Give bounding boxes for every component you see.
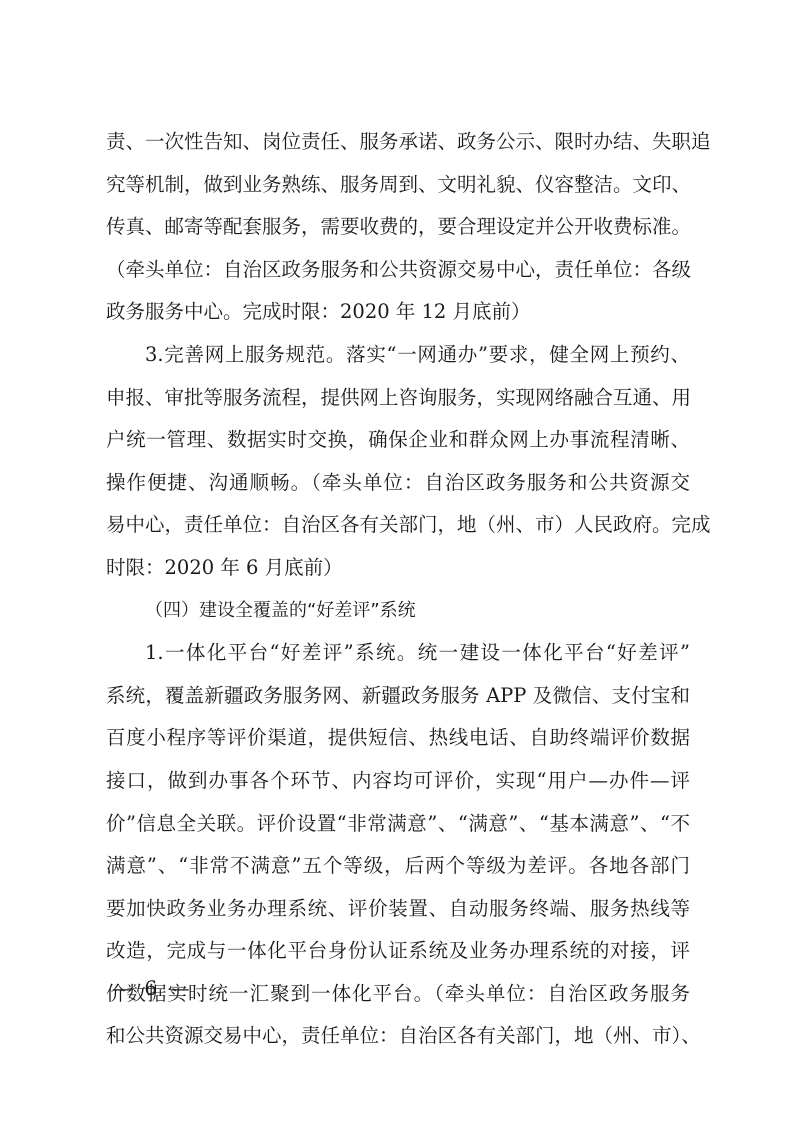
- text-line: 系统，覆盖新疆政务服务网、新疆政务服务 APP 及微信、支付宝和: [106, 675, 690, 718]
- document-page: 责、一次性告知、岗位责任、服务承诺、政务公示、限时办结、失职追 究等机制，做到业…: [0, 0, 793, 1122]
- section-heading: （四）建设全覆盖的“好差评”系统: [106, 590, 690, 633]
- text-line: （牵头单位：自治区政务服务和公共资源交易中心，责任单位：各级: [106, 249, 690, 292]
- text-line: 户统一管理、数据实时交换，确保企业和群众网上办事流程清晰、: [106, 419, 690, 462]
- text-line: 易中心，责任单位：自治区各有关部门，地（州、市）人民政府。完成: [106, 504, 690, 547]
- body-text: 责、一次性告知、岗位责任、服务承诺、政务公示、限时办结、失职追 究等机制，做到业…: [106, 121, 690, 1058]
- text-line: 究等机制，做到业务熟练、服务周到、文明礼貌、仪容整洁。文印、: [106, 164, 690, 207]
- text-line: 价”信息全关联。评价设置“非常满意”、“满意”、“基本满意”、“不: [106, 803, 690, 846]
- text-line: 操作便捷、沟通顺畅。（牵头单位：自治区政务服务和公共资源交: [106, 462, 690, 505]
- text-line: 接口，做到办事各个环节、内容均可评价，实现“用户—办件—评: [106, 760, 690, 803]
- text-line: 要加快政务业务办理系统、评价装置、自动服务终端、服务热线等: [106, 888, 690, 931]
- text-line: 改造，完成与一体化平台身份认证系统及业务办理系统的对接，评: [106, 930, 690, 973]
- text-line: 时限：2020 年 6 月底前）: [106, 547, 690, 590]
- text-line: 和公共资源交易中心，责任单位：自治区各有关部门，地（州、市）、: [106, 1015, 690, 1058]
- text-line: 满意”、“非常不满意”五个等级，后两个等级为差评。各地各部门: [106, 845, 690, 888]
- text-line: 传真、邮寄等配套服务，需要收费的，要合理设定并公开收费标准。: [106, 206, 690, 249]
- text-line: 百度小程序等评价渠道，提供短信、热线电话、自助终端评价数据: [106, 717, 690, 760]
- page-number: — 6 —: [112, 976, 189, 1000]
- text-line: 责、一次性告知、岗位责任、服务承诺、政务公示、限时办结、失职追: [106, 121, 690, 164]
- text-line: 申报、审批等服务流程，提供网上咨询服务，实现网络融合互通、用: [106, 377, 690, 420]
- text-line: 政务服务中心。完成时限：2020 年 12 月底前）: [106, 291, 690, 334]
- text-line: 1.一体化平台“好差评”系统。统一建设一体化平台“好差评”: [106, 632, 690, 675]
- text-line: 3.完善网上服务规范。落实“一网通办”要求，健全网上预约、: [106, 334, 690, 377]
- text-line: 价数据实时统一汇聚到一体化平台。（牵头单位：自治区政务服务: [106, 973, 690, 1016]
